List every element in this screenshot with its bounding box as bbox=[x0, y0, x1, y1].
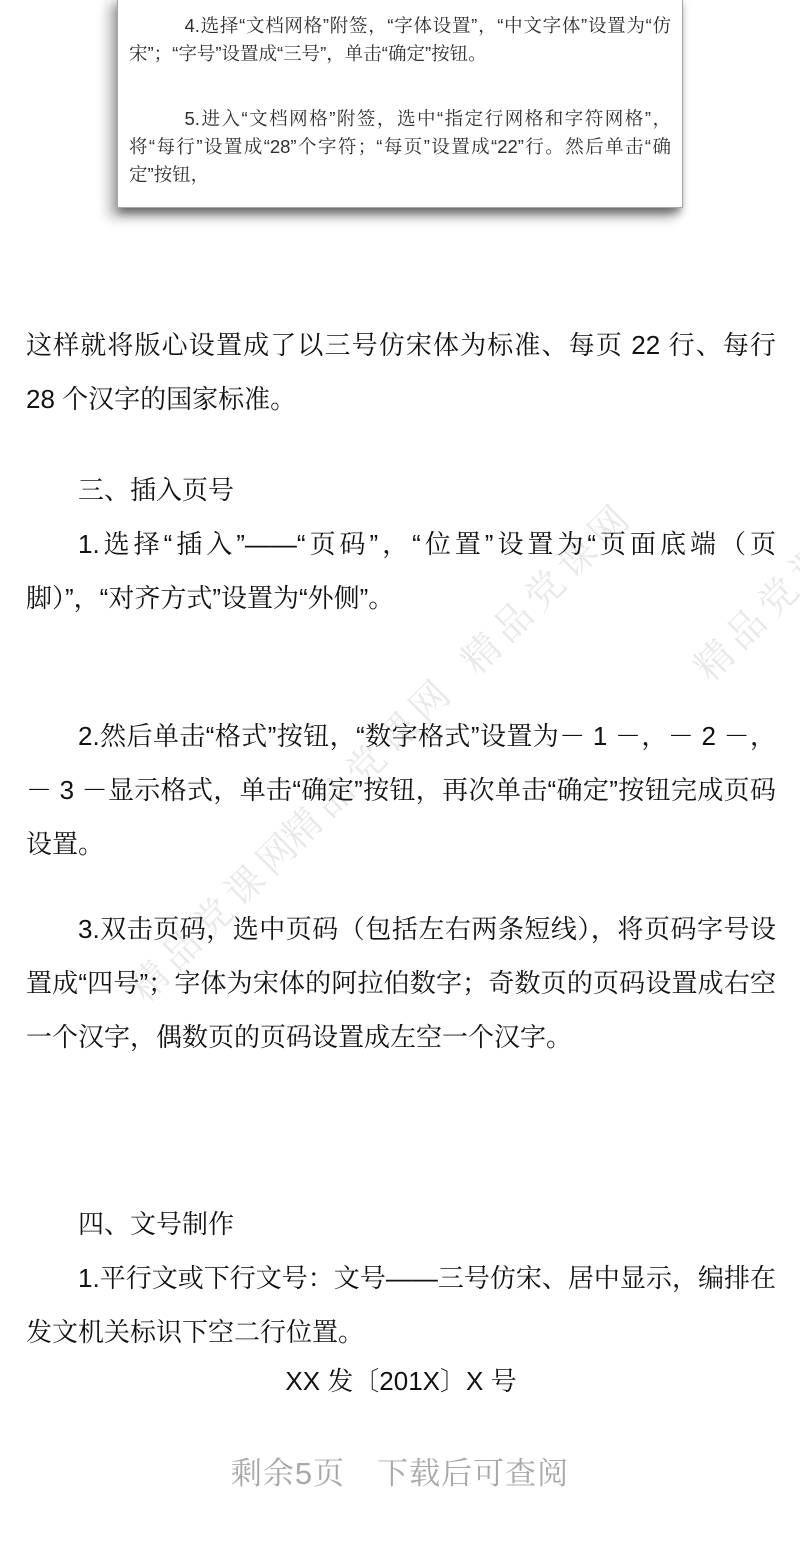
pages-remaining-notice: 剩余5页 下载后可查阅 bbox=[0, 1448, 800, 1493]
continuation-paragraph: 这样就将版心设置成了以三号仿宋体为标准、每页 22 行、每行 28 个汉字的国家… bbox=[26, 318, 776, 426]
section-3-item-3: 3.双击页码，选中页码（包括左右两条短线），将页码字号设置成“四号”；字体为宋体… bbox=[26, 902, 776, 1064]
document-body: 这样就将版心设置成了以三号仿宋体为标准、每页 22 行、每行 28 个汉字的国家… bbox=[26, 318, 776, 1403]
section-3-heading: 三、插入页号 bbox=[26, 463, 776, 517]
snippet-step-5: 5.进入“文档网格”附签，选中“指定行网格和字符网格”，将“每行”设置成“28”… bbox=[129, 105, 671, 189]
embedded-doc-image: 4.选择“文档网格”附签，“字体设置”，“中文字体”设置为“仿宋”；“字号”设置… bbox=[117, 0, 683, 208]
doc-number-example: XX 发〔201X〕X 号 bbox=[26, 1359, 776, 1403]
section-4-item-1: 1.平行文或下行文号：文号——三号仿宋、居中显示，编排在发文机关标识下空二行位置… bbox=[26, 1251, 776, 1359]
document-preview-page: 精品党课网 精品党课网 精品党课网 精品党课网 4.选择“文档网格”附签，“字体… bbox=[0, 0, 800, 1550]
section-4-heading: 四、文号制作 bbox=[26, 1197, 776, 1251]
section-3-item-1: 1.选择“插入”——“页码”，“位置”设置为“页面底端（页脚）”，“对齐方式”设… bbox=[26, 517, 776, 625]
section-3-item-2: 2.然后单击“格式”按钮，“数字格式”设置为－ 1 －，－ 2 －，－ 3 －显… bbox=[26, 709, 776, 871]
snippet-step-4: 4.选择“文档网格”附签，“字体设置”，“中文字体”设置为“仿宋”；“字号”设置… bbox=[129, 12, 671, 68]
